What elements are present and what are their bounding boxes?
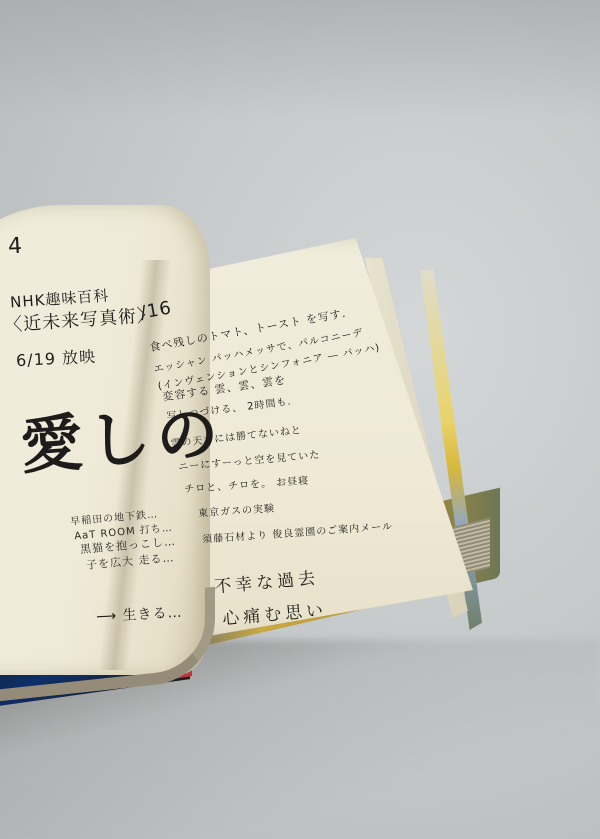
left-page-date: 6/19 放映 — [15, 344, 96, 371]
left-page-corner-mark: 4 — [7, 234, 23, 260]
open-diary: 4 NHK趣味百科 〈近未来写真術〉 6/19 放映 愛しの 早稲田の地下鉄… … — [0, 0, 600, 839]
photo-scene: 4 NHK趣味百科 〈近未来写真術〉 6/19 放映 愛しの 早稲田の地下鉄… … — [0, 0, 600, 839]
